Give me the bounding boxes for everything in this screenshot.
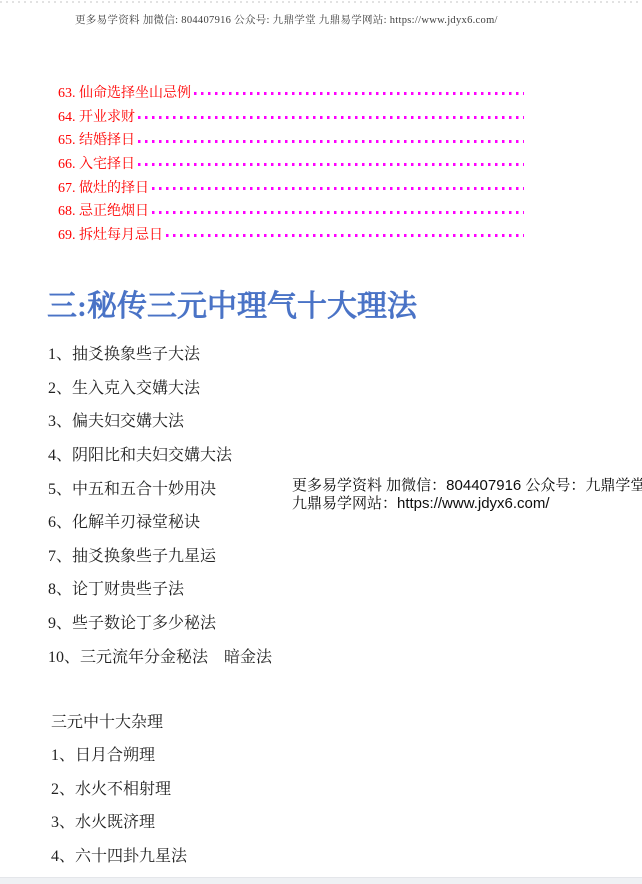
toc-entry: 64. 开业求财 xyxy=(58,104,524,128)
toc-dot-leader xyxy=(138,163,524,166)
toc-entry-label: 69. 拆灶每月忌日 xyxy=(58,224,166,244)
watermark-line-1: 更多易学资料 加微信：804407916 公众号：九鼎学堂 xyxy=(292,477,642,495)
list-item: 2、水火不相射理 xyxy=(51,771,187,805)
toc-dot-leader xyxy=(138,116,524,119)
list-item: 6、化解羊刃禄堂秘诀 xyxy=(48,504,272,538)
toc-dot-leader xyxy=(166,234,524,237)
inline-watermark: 更多易学资料 加微信：804407916 公众号：九鼎学堂 九鼎易学网站：htt… xyxy=(292,477,642,512)
list-item: 10、三元流年分金秘法 暗金法 xyxy=(48,638,272,672)
toc-entry: 66. 入宅择日 xyxy=(58,151,524,175)
watermark-line-2: 九鼎易学网站：https://www.jdyx6.com/ xyxy=(292,495,642,513)
toc-entry: 69. 拆灶每月忌日 xyxy=(58,222,524,246)
subsection-title: 三元中十大杂理 xyxy=(51,703,187,737)
toc-entry-label: 67. 做灶的择日 xyxy=(58,177,152,197)
list-item: 2、生入克入交媾大法 xyxy=(48,370,272,404)
toc-entry-label: 66. 入宅择日 xyxy=(58,153,138,173)
toc-entry-label: 63. 仙命选择坐山忌例 xyxy=(58,82,194,102)
list-item: 3、偏夫妇交媾大法 xyxy=(48,403,272,437)
list-item: 8、论丁财贵些子法 xyxy=(48,571,272,605)
subsection-item-list: 1、日月合朔理 2、水火不相射理 3、水火既济理 4、六十四卦九星法 xyxy=(51,737,187,871)
header-watermark-text: 更多易学资料 加微信: 804407916 公众号: 九鼎学堂 九鼎易学网站: … xyxy=(75,12,498,27)
toc-entry: 65. 结婚择日 xyxy=(58,127,524,151)
list-item: 4、六十四卦九星法 xyxy=(51,838,187,872)
toc-dot-leader xyxy=(138,140,524,143)
table-of-contents: 63. 仙命选择坐山忌例 64. 开业求财 65. 结婚择日 66. 入宅择日 … xyxy=(58,80,524,246)
list-item: 1、抽爻换象些子大法 xyxy=(48,336,272,370)
toc-dot-leader xyxy=(194,92,524,95)
list-item: 4、阴阳比和夫妇交媾大法 xyxy=(48,437,272,471)
toc-entry: 67. 做灶的择日 xyxy=(58,175,524,199)
list-item: 3、水火既济理 xyxy=(51,804,187,838)
toc-entry-label: 68. 忌正绝烟日 xyxy=(58,200,152,220)
section-item-list: 1、抽爻换象些子大法 2、生入克入交媾大法 3、偏夫妇交媾大法 4、阴阳比和夫妇… xyxy=(48,336,272,672)
list-item: 5、中五和五合十妙用决 xyxy=(48,470,272,504)
list-item: 1、日月合朔理 xyxy=(51,737,187,771)
subsection: 三元中十大杂理 1、日月合朔理 2、水火不相射理 3、水火既济理 4、六十四卦九… xyxy=(51,703,187,871)
toc-entry-label: 65. 结婚择日 xyxy=(58,129,138,149)
section-title: 三:秘传三元中理气十大理法 xyxy=(47,287,417,327)
list-item: 7、抽爻换象些子九星运 xyxy=(48,538,272,572)
toc-entry: 68. 忌正绝烟日 xyxy=(58,198,524,222)
next-page-edge xyxy=(0,877,642,884)
toc-entry: 63. 仙命选择坐山忌例 xyxy=(58,80,524,104)
toc-dot-leader xyxy=(152,187,524,190)
toc-entry-label: 64. 开业求财 xyxy=(58,106,138,126)
page-separator-line xyxy=(0,1,642,3)
list-item: 9、些子数论丁多少秘法 xyxy=(48,605,272,639)
toc-dot-leader xyxy=(152,211,524,214)
